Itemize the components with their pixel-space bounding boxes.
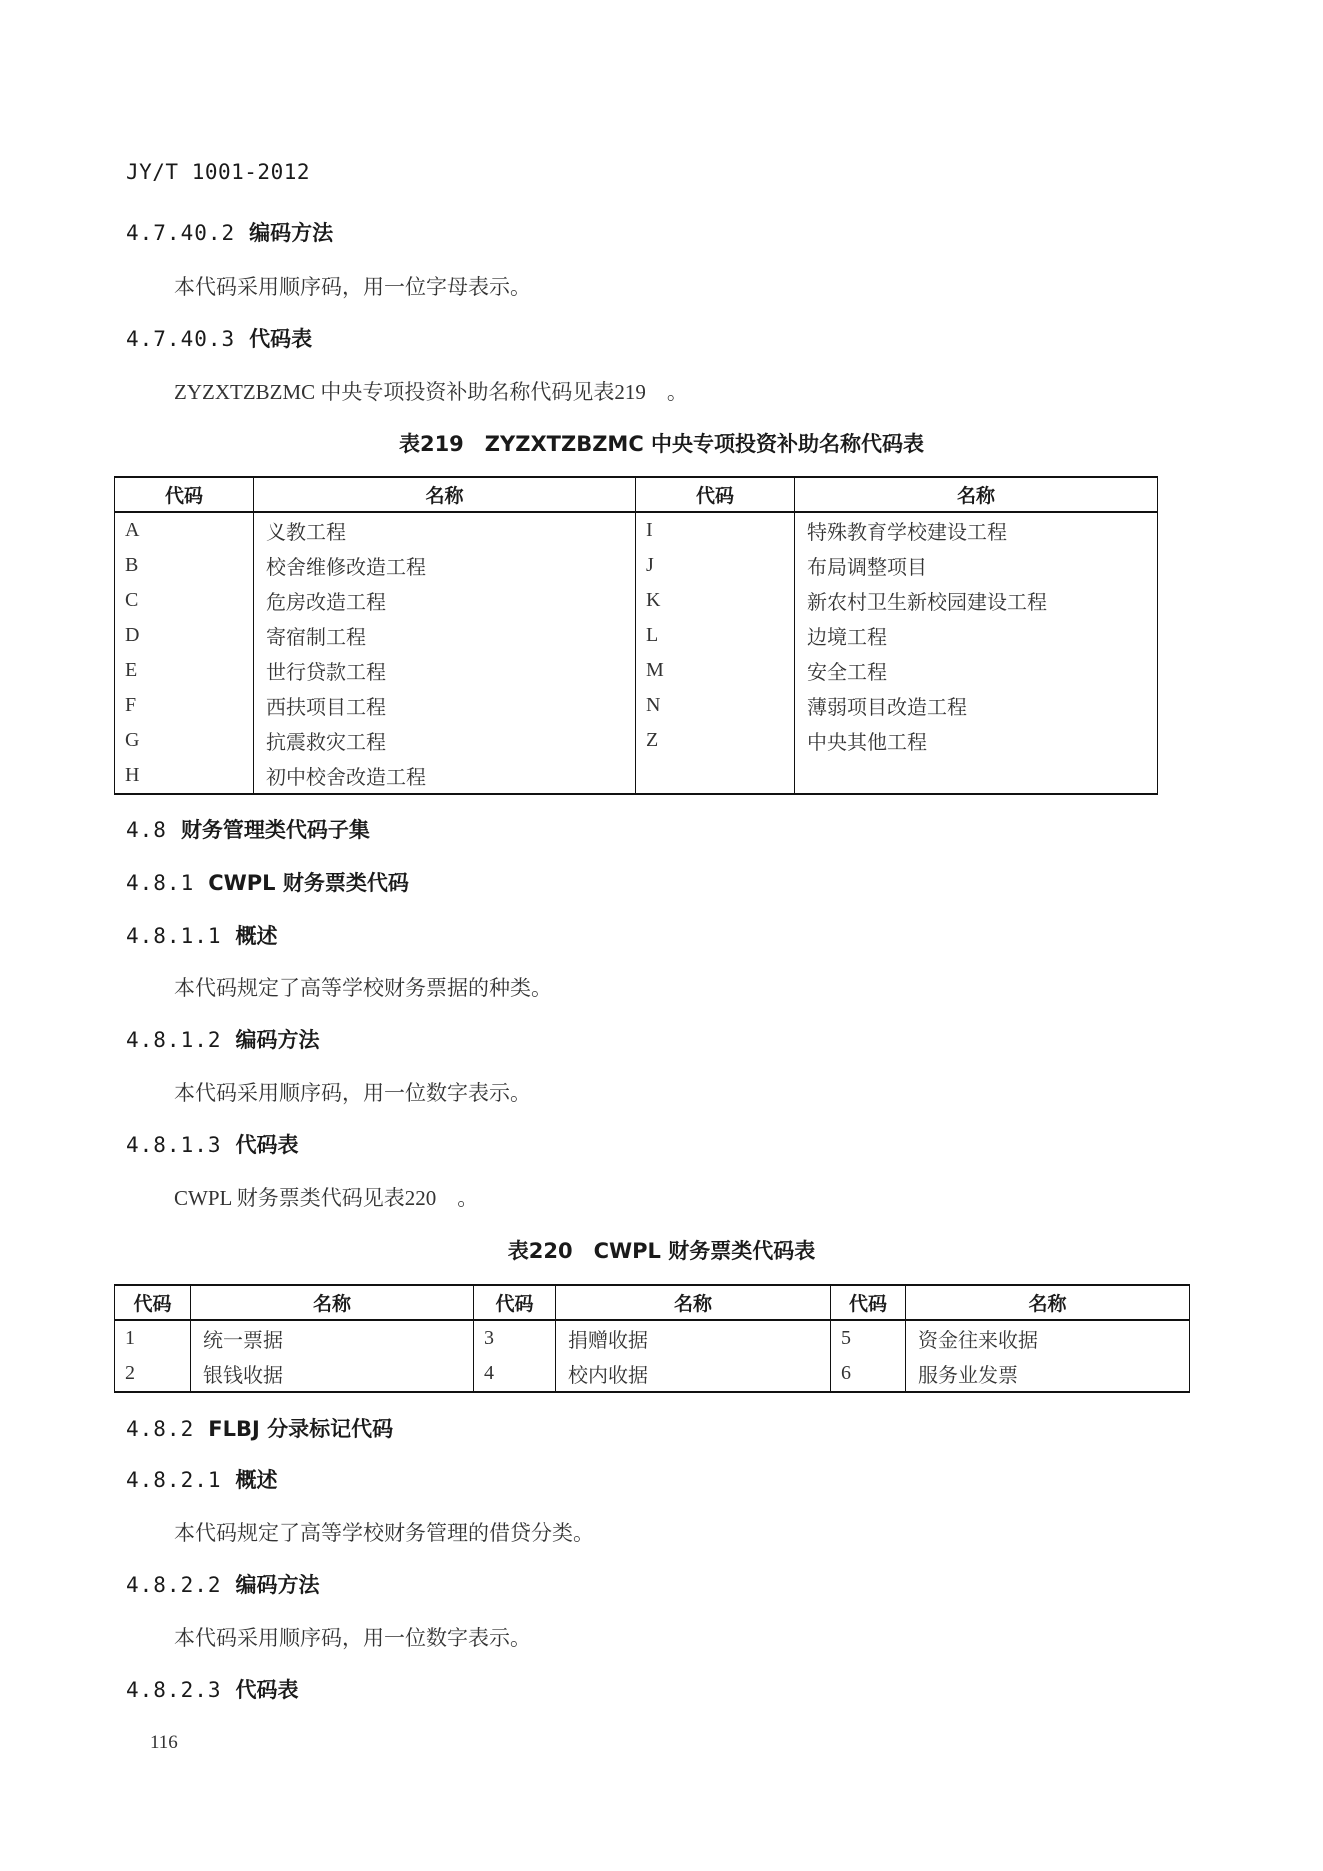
code-cell: 4 [474,1356,556,1392]
section-title: 概述 [236,1468,278,1492]
section-title: FLBJ 分录标记代码 [208,1417,393,1441]
section-title: 编码方法 [236,1028,320,1052]
paragraph: 本代码采用顺序码，用一位数字表示。 [174,1622,531,1652]
section-heading-4-7-40-2: 4.7.40.2编码方法 [126,217,333,247]
code-cell: K [636,583,795,618]
page-number: 116 [150,1732,178,1754]
name-cell: 校舍维修改造工程 [254,548,636,583]
table-row: F西扶项目工程N薄弱项目改造工程 [115,688,1158,723]
paragraph: 本代码采用顺序码，用一位数字表示。 [174,1077,531,1107]
section-title: 编码方法 [236,1573,320,1597]
name-cell: 初中校舍改造工程 [254,758,636,794]
name-cell: 捐赠收据 [556,1320,831,1356]
column-header: 名称 [254,477,636,512]
section-title: 代码表 [236,1678,299,1702]
paragraph: 本代码规定了高等学校财务票据的种类。 [174,972,552,1002]
table-row: A义教工程I特殊教育学校建设工程 [115,512,1158,548]
column-header: 代码 [115,1285,191,1320]
table-220: 代码 名称 代码 名称 代码 名称 1统一票据3捐赠收据5资金往来收据 2银钱收… [114,1284,1190,1393]
section-number: 4.8.1.3 [126,1133,222,1157]
section-heading-4-8-2-3: 4.8.2.3代码表 [126,1674,299,1704]
code-cell: B [115,548,254,583]
code-cell: 3 [474,1320,556,1356]
name-cell: 统一票据 [191,1320,474,1356]
column-header: 名称 [191,1285,474,1320]
section-number: 4.8.2 [126,1417,194,1441]
standard-id-header: JY/T 1001-2012 [126,160,310,184]
name-cell: 寄宿制工程 [254,618,636,653]
table-row: G抗震救灾工程Z中央其他工程 [115,723,1158,758]
name-cell: 校内收据 [556,1356,831,1392]
section-heading-4-8-1: 4.8.1CWPL 财务票类代码 [126,867,409,897]
table-220-caption: 表220 CWPL 财务票类代码表 [0,1235,1323,1265]
section-heading-4-8-2-2: 4.8.2.2编码方法 [126,1569,320,1599]
code-cell: I [636,512,795,548]
name-cell: 义教工程 [254,512,636,548]
name-cell: 资金往来收据 [906,1320,1190,1356]
section-title: 代码表 [236,1133,299,1157]
section-title: CWPL 财务票类代码 [208,871,409,895]
table-row: B校舍维修改造工程J布局调整项目 [115,548,1158,583]
code-cell: H [115,758,254,794]
code-cell: 2 [115,1356,191,1392]
column-header: 代码 [474,1285,556,1320]
section-number: 4.7.40.2 [126,221,235,245]
paragraph: CWPL 财务票类代码见表220 。 [174,1182,478,1212]
section-title: 代码表 [249,327,312,351]
table-row: 2银钱收据4校内收据6服务业发票 [115,1356,1190,1392]
table-row: H初中校舍改造工程 [115,758,1158,794]
section-title: 概述 [236,924,278,948]
code-cell: 6 [831,1356,906,1392]
column-header: 代码 [636,477,795,512]
name-cell: 中央其他工程 [795,723,1158,758]
section-number: 4.8.1.2 [126,1028,222,1052]
section-heading-4-8-1-2: 4.8.1.2编码方法 [126,1024,320,1054]
section-number: 4.8.2.3 [126,1678,222,1702]
section-heading-4-8-2-1: 4.8.2.1概述 [126,1464,278,1494]
code-cell: L [636,618,795,653]
table-header-row: 代码 名称 代码 名称 [115,477,1158,512]
paragraph: 本代码规定了高等学校财务管理的借贷分类。 [174,1517,594,1547]
section-heading-4-7-40-3: 4.7.40.3代码表 [126,323,312,353]
code-cell: A [115,512,254,548]
name-cell: 西扶项目工程 [254,688,636,723]
section-number: 4.8.2.1 [126,1468,222,1492]
paragraph: 本代码采用顺序码，用一位字母表示。 [174,271,531,301]
column-header: 名称 [795,477,1158,512]
name-cell: 危房改造工程 [254,583,636,618]
code-cell: E [115,653,254,688]
name-cell: 银钱收据 [191,1356,474,1392]
name-cell: 布局调整项目 [795,548,1158,583]
code-cell: Z [636,723,795,758]
code-cell: G [115,723,254,758]
name-cell: 边境工程 [795,618,1158,653]
section-number: 4.8.1 [126,871,194,895]
table-219-caption: 表219 ZYZXTZBZMC 中央专项投资补助名称代码表 [0,428,1323,458]
section-heading-4-8-1-3: 4.8.1.3代码表 [126,1129,299,1159]
code-cell: F [115,688,254,723]
table-row: E世行贷款工程M安全工程 [115,653,1158,688]
name-cell: 新农村卫生新校园建设工程 [795,583,1158,618]
name-cell: 安全工程 [795,653,1158,688]
column-header: 代码 [831,1285,906,1320]
section-title: 财务管理类代码子集 [181,818,370,842]
code-cell: D [115,618,254,653]
section-title: 编码方法 [249,221,333,245]
code-cell: J [636,548,795,583]
name-cell [795,758,1158,794]
section-number: 4.8 [126,818,167,842]
name-cell: 抗震救灾工程 [254,723,636,758]
name-cell: 特殊教育学校建设工程 [795,512,1158,548]
code-cell: 5 [831,1320,906,1356]
column-header: 名称 [906,1285,1190,1320]
code-cell: N [636,688,795,723]
code-cell: 1 [115,1320,191,1356]
name-cell: 服务业发票 [906,1356,1190,1392]
table-219: 代码 名称 代码 名称 A义教工程I特殊教育学校建设工程 B校舍维修改造工程J布… [114,476,1158,795]
section-number: 4.8.1.1 [126,924,222,948]
table-row: C危房改造工程K新农村卫生新校园建设工程 [115,583,1158,618]
table-row: 1统一票据3捐赠收据5资金往来收据 [115,1320,1190,1356]
code-cell: M [636,653,795,688]
section-heading-4-8-1-1: 4.8.1.1概述 [126,920,278,950]
table-header-row: 代码 名称 代码 名称 代码 名称 [115,1285,1190,1320]
section-heading-4-8-2: 4.8.2FLBJ 分录标记代码 [126,1413,393,1443]
column-header: 名称 [556,1285,831,1320]
column-header: 代码 [115,477,254,512]
paragraph: ZYZXTZBZMC 中央专项投资补助名称代码见表219 。 [174,376,688,406]
section-number: 4.7.40.3 [126,327,235,351]
table-row: D寄宿制工程L边境工程 [115,618,1158,653]
code-cell: C [115,583,254,618]
name-cell: 薄弱项目改造工程 [795,688,1158,723]
section-number: 4.8.2.2 [126,1573,222,1597]
code-cell [636,758,795,794]
section-heading-4-8: 4.8财务管理类代码子集 [126,814,370,844]
name-cell: 世行贷款工程 [254,653,636,688]
